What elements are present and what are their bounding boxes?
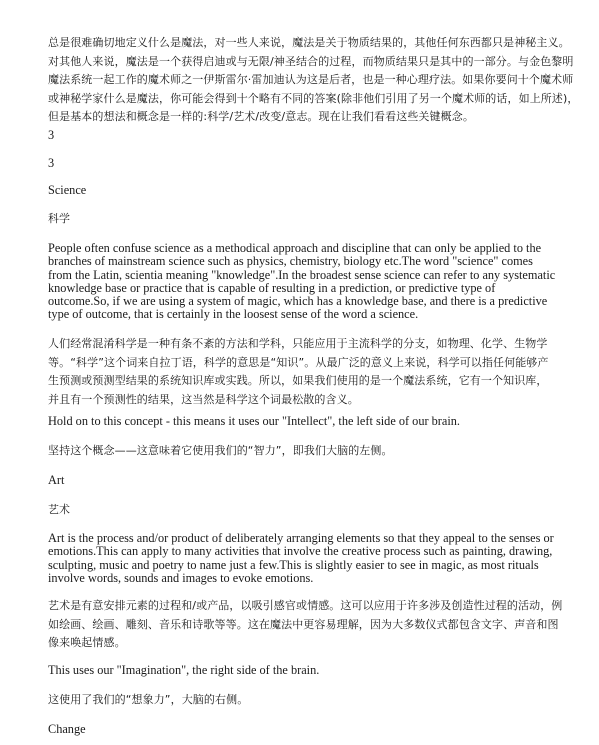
art-heading-en: Art [48, 473, 64, 487]
intro-paragraph-zh: 总是很难确切地定义什么是魔法，对一些人来说，魔法是关于物质结果的，其他任何东西都… [48, 34, 580, 127]
science-note-en: Hold on to this concept - this means it … [48, 415, 558, 428]
science-paragraph-en: People often confuse science as a method… [48, 242, 556, 322]
science-note-zh: 坚持这个概念——这意味着它使用我们的“智力”，即我们大脑的左侧。 [48, 442, 558, 461]
art-paragraph-zh: 艺术是有意安排元素的过程和/或产品，以吸引感官或情感。这可以应用于许多涉及创造性… [48, 597, 563, 653]
art-heading-zh: 艺术 [48, 503, 70, 517]
art-note-zh: 这使用了我们的“想象力”，大脑的右侧。 [48, 691, 558, 710]
science-heading-en: Science [48, 183, 86, 197]
science-paragraph-zh: 人们经常混淆科学是一种有条不紊的方法和学科，只能应用于主流科学的分支，如物理、化… [48, 335, 558, 409]
change-heading-en: Change [48, 722, 86, 736]
section-number: 3 [48, 156, 54, 170]
art-paragraph-en: Art is the process and/or product of del… [48, 532, 563, 585]
art-note-en: This uses our "Imagination", the right s… [48, 664, 558, 677]
science-heading-zh: 科学 [48, 212, 70, 226]
page-number-marker: 3 [48, 128, 54, 142]
